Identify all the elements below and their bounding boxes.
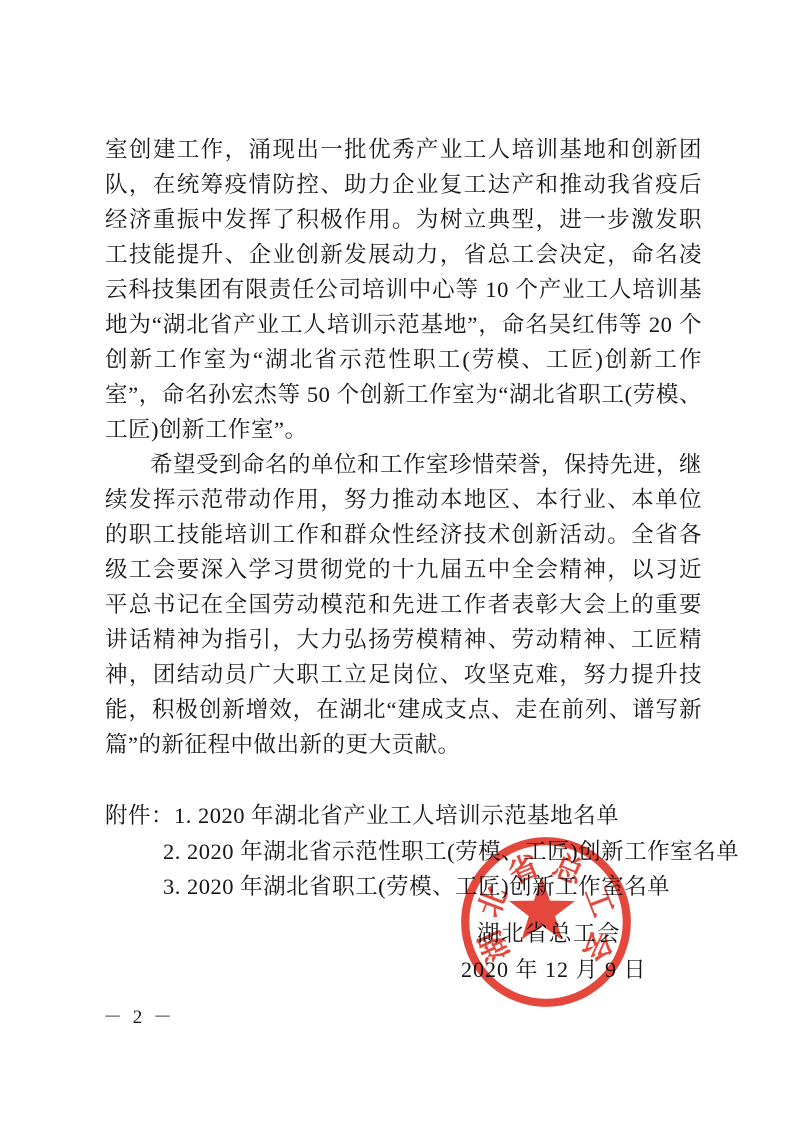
attachment-row: 附件：1. 2020 年湖北省产业工人培训示范基地名单 <box>105 798 702 834</box>
signature-organization: 湖北省总工会 <box>477 916 621 948</box>
attachment-item-2: 2. 2020 年湖北省示范性职工(劳模、工匠)创新工作室名单 <box>163 839 739 864</box>
attachment-list: 附件：1. 2020 年湖北省产业工人培训示范基地名单 2. 2020 年湖北省… <box>105 798 702 905</box>
body-paragraph-2: 希望受到命名的单位和工作室珍惜荣誉，保持先进，继续发挥示范带动作用，努力推动本地… <box>105 447 702 762</box>
document-body: 室创建工作，涌现出一批优秀产业工人培训基地和创新团队，在统筹疫情防控、助力企业复… <box>105 132 702 905</box>
document-page: 室创建工作，涌现出一批优秀产业工人培训基地和创新团队，在统筹疫情防控、助力企业复… <box>0 0 800 1131</box>
attachment-item-1: 1. 2020 年湖北省产业工人培训示范基地名单 <box>174 803 619 828</box>
body-paragraph-1: 室创建工作，涌现出一批优秀产业工人培训基地和创新团队，在统筹疫情防控、助力企业复… <box>105 132 702 447</box>
attachment-item-3: 3. 2020 年湖北省职工(劳模、工匠)创新工作室名单 <box>163 874 670 899</box>
signature-date: 2020 年 12 月 9 日 <box>461 953 647 984</box>
page-number: － 2 － <box>103 1002 175 1029</box>
attachment-row: 3. 2020 年湖北省职工(劳模、工匠)创新工作室名单 <box>105 869 702 905</box>
attachment-row: 2. 2020 年湖北省示范性职工(劳模、工匠)创新工作室名单 <box>105 834 702 870</box>
attachment-label: 附件： <box>105 803 174 828</box>
